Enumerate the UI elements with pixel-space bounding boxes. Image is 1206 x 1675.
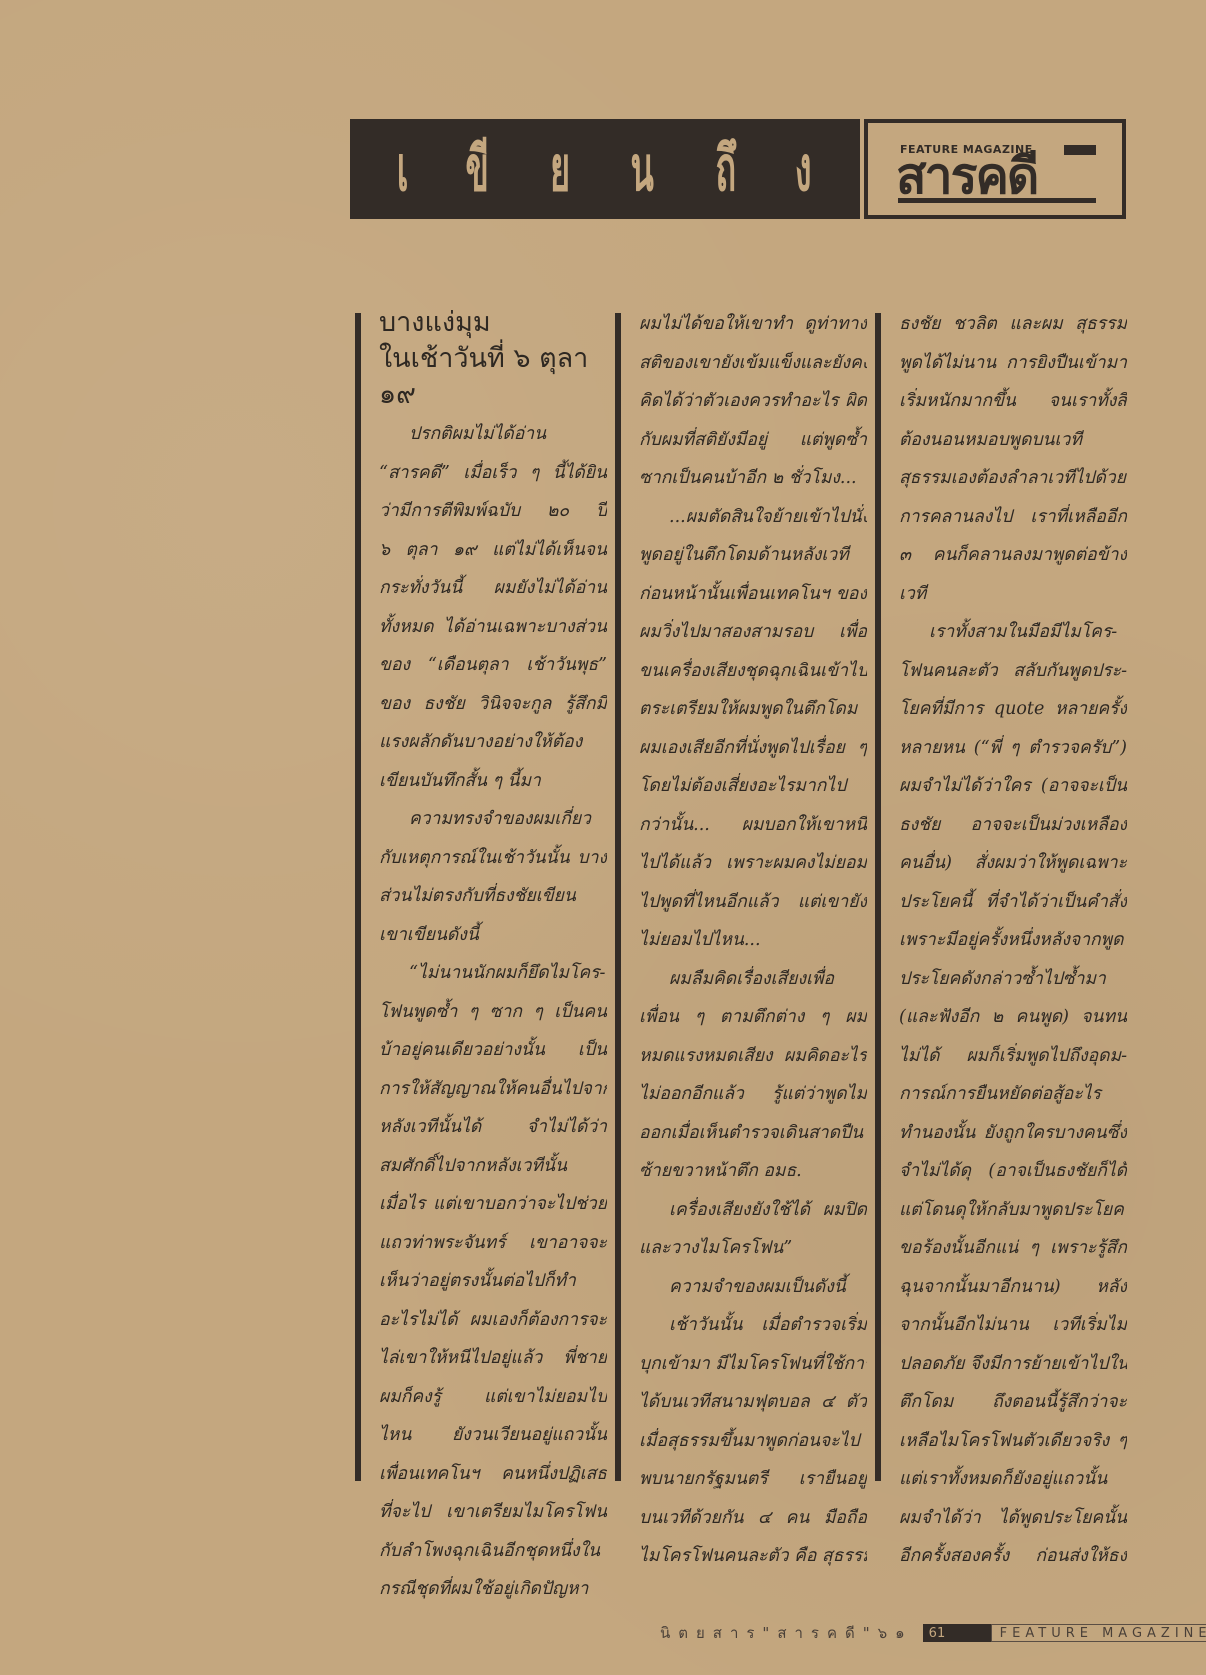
text-line: ธงชัย อาจจะเป็นม่วงเหลือง xyxy=(899,806,1127,845)
text-line: ไปได้แล้ว เพราะผมคงไม่ยอม xyxy=(639,844,867,883)
text-line: โยคที่มีการ quote หลายครั้ง xyxy=(899,690,1127,729)
text-line: ปรกติผมไม่ได้อ่าน xyxy=(379,415,607,454)
section-title-letter: ถึ xyxy=(716,138,737,200)
text-line: “สารคดี” เมื่อเร็ว ๆ นี้ได้ยิน xyxy=(379,454,607,493)
text-line: ผมจำได้ว่า ได้พูดประโยคนั้น xyxy=(899,1499,1127,1538)
text-line: ผมจำไม่ได้ว่าใคร (อาจจะเป็น xyxy=(899,767,1127,806)
text-line: คนอื่น) สั่งผมว่าให้พูดเฉพาะ xyxy=(899,844,1127,883)
text-line: เขียนบันทึกสั้น ๆ นี้มา xyxy=(379,762,607,801)
text-line: การณ์การยืนหยัดต่อสู้อะไร xyxy=(899,1075,1127,1114)
text-line: ธงชัย ชวลิต และผม สุธรรม xyxy=(899,305,1127,344)
text-line: หลังเวทีนั้นได้ จำไม่ได้ว่า xyxy=(379,1108,607,1147)
text-line: ตึกโดม ถึงตอนนี้รู้สึกว่าจะ xyxy=(899,1383,1127,1422)
text-line: จากนั้นอีกไม่นาน เวทีเริ่มไม่ xyxy=(899,1306,1127,1345)
magazine-logo: FEATURE MAGAZINE สารคดี xyxy=(864,119,1126,219)
text-line: สติของเขายังเข้มแข็งและยังคง xyxy=(639,344,867,383)
headline-line-1: บางแง่มุม xyxy=(379,305,607,341)
text-line: เพราะมีอยู่ครั้งหนึ่งหลังจากพูด xyxy=(899,921,1127,960)
section-title-letter: เ xyxy=(396,138,408,200)
text-line: เช้าวันนั้น เมื่อตำรวจเริ่ม xyxy=(639,1306,867,1345)
text-line: เพื่อนเทคโนฯ คนหนึ่งปฏิเสธ xyxy=(379,1455,607,1494)
text-line: ว่ามีการตีพิมพ์ฉบับ ๒๐ ปี xyxy=(379,492,607,531)
text-line: ๖ ตุลา ๑๙ แต่ไม่ได้เห็นจน xyxy=(379,531,607,570)
text-line: ไม่ยอมไปไหน... xyxy=(639,921,867,960)
text-line: ไหน ยังวนเวียนอยู่แถวนั้น xyxy=(379,1416,607,1455)
masthead: เ ขี ย น ถึ ง FEATURE MAGAZINE สารคดี xyxy=(350,119,1126,219)
text-line: ทั้งหมด ได้อ่านเฉพาะบางส่วน xyxy=(379,608,607,647)
column-rule xyxy=(355,313,361,1481)
text-line: ขนเครื่องเสียงชุดฉุกเฉินเข้าไป xyxy=(639,652,867,691)
article-column-1: บางแง่มุม ในเช้าวันที่ ๖ ตุลา ๑๙ ปรกติผม… xyxy=(355,305,615,1609)
section-title-banner: เ ขี ย น ถึ ง xyxy=(350,119,860,219)
text-line: เหลือไมโครโฟนตัวเดียวจริง ๆ xyxy=(899,1422,1127,1461)
text-line: ไม่ออกอีกแล้ว รู้แต่ว่าพูดไม่ xyxy=(639,1075,867,1114)
text-line: อีกครั้งสองครั้ง ก่อนส่งให้ธง xyxy=(899,1537,1127,1576)
section-title-letter: ย xyxy=(550,138,570,200)
text-line: ...ผมตัดสินใจย้ายเข้าไปนั่ง xyxy=(639,498,867,537)
text-line: เพื่อน ๆ ตามตึกต่าง ๆ ผม xyxy=(639,998,867,1037)
column-rule xyxy=(615,313,621,1481)
text-line: บุกเข้ามา มีไมโครโฟนที่ใช้การ xyxy=(639,1345,867,1384)
text-line: ส่วนไม่ตรงกับที่ธงชัยเขียน xyxy=(379,877,607,916)
article-headline: บางแง่มุม ในเช้าวันที่ ๖ ตุลา ๑๙ xyxy=(379,305,607,413)
text-line: การคลานลงไป เราที่เหลืออีก xyxy=(899,498,1127,537)
text-line: การให้สัญญาณให้คนอื่นไปจาก xyxy=(379,1070,607,1109)
page-number: 61 xyxy=(923,1624,991,1642)
logo-wordmark: สารคดี xyxy=(896,151,1037,201)
headline-line-2: ในเช้าวันที่ ๖ ตุลา ๑๙ xyxy=(379,341,607,413)
article-column-2: ผมไม่ได้ขอให้เขาทำ ดูท่าทางสติของเขายังเ… xyxy=(615,305,875,1609)
text-line: ฉุนจากนั้นมาอีกนาน) หลัง xyxy=(899,1268,1127,1307)
text-line: ทำนองนั้น ยังถูกใครบางคนซึ่ง xyxy=(899,1114,1127,1153)
text-line: กรณีชุดที่ผมใช้อยู่เกิดปัญหา xyxy=(379,1570,607,1609)
text-line: กับเหตุการณ์ในเช้าวันนั้น บาง xyxy=(379,839,607,878)
text-line: แต่โดนดุให้กลับมาพูดประโยค xyxy=(899,1191,1127,1230)
text-line: (และฟังอีก ๒ คนพูด) จนทน xyxy=(899,998,1127,1037)
text-line: และวางไมโครโฟน” xyxy=(639,1229,867,1268)
text-line: โฟนพูดซ้ำ ๆ ซาก ๆ เป็นคน xyxy=(379,993,607,1032)
text-line: ความทรงจำของผมเกี่ยว xyxy=(379,800,607,839)
text-line: เราทั้งสามในมือมีไมโคร- xyxy=(899,613,1127,652)
text-line: ผมไม่ได้ขอให้เขาทำ ดูท่าทาง xyxy=(639,305,867,344)
section-title-letter: ง xyxy=(795,138,812,200)
column-text: ปรกติผมไม่ได้อ่าน“สารคดี” เมื่อเร็ว ๆ นี… xyxy=(379,415,607,1609)
text-line: คิดได้ว่าตัวเองควรทำอะไร ผิด xyxy=(639,382,867,421)
column-text: ธงชัย ชวลิต และผม สุธรรมพูดได้ไม่นาน การ… xyxy=(899,305,1127,1576)
text-line: ไปพูดที่ไหนอีกแล้ว แต่เขายัง xyxy=(639,883,867,922)
text-line: แต่เราทั้งหมดก็ยังอยู่แถวนั้น xyxy=(899,1460,1127,1499)
text-line: ซากเป็นคนบ้าอีก ๒ ชั่วโมง... xyxy=(639,459,867,498)
text-line: ความจำของผมเป็นดังนี้ xyxy=(639,1268,867,1307)
text-line: ขอร้องนั้นอีกแน่ ๆ เพราะรู้สึก xyxy=(899,1229,1127,1268)
text-line: อะไรไม่ได้ ผมเองก็ต้องการจะ xyxy=(379,1301,607,1340)
text-line: โฟนคนละตัว สลับกันพูดประ- xyxy=(899,652,1127,691)
text-line: แถวท่าพระจันทร์ เขาอาจจะ xyxy=(379,1224,607,1263)
text-line: สมศักดิ์ไปจากหลังเวทีนั้น xyxy=(379,1147,607,1186)
text-line: กว่านั้น... ผมบอกให้เขาหนี xyxy=(639,806,867,845)
column-text: ผมไม่ได้ขอให้เขาทำ ดูท่าทางสติของเขายังเ… xyxy=(639,305,867,1576)
text-line: เห็นว่าอยู่ตรงนั้นต่อไปก็ทำ xyxy=(379,1262,607,1301)
section-title-letter: ขี xyxy=(466,138,489,200)
text-line: ประโยคนี้ ที่จำได้ว่าเป็นคำสั่ง xyxy=(899,883,1127,922)
text-line: เมื่อสุธรรมขึ้นมาพูดก่อนจะไป xyxy=(639,1422,867,1461)
text-line: สุธรรมเองต้องลำลาเวทีไปด้วย xyxy=(899,459,1127,498)
text-line: เริ่มหนักมากขึ้น จนเราทั้งสี่ xyxy=(899,382,1127,421)
logo-bar-decoration xyxy=(1064,145,1096,155)
text-line: ผมวิ่งไปมาสองสามรอบ เพื่อ xyxy=(639,613,867,652)
text-line: ที่จะไป เขาเตรียมไมโครโฟน xyxy=(379,1493,607,1532)
text-line: ไมโครโฟนคนละตัว คือ สุธรรม xyxy=(639,1537,867,1576)
text-line: ประโยคดังกล่าวซ้ำไปซ้ำมา xyxy=(899,960,1127,999)
text-line: ไล่เขาให้หนีไปอยู่แล้ว พี่ชาย xyxy=(379,1339,607,1378)
text-line: เมื่อไร แต่เขาบอกว่าจะไปช่วย xyxy=(379,1185,607,1224)
text-line: ของ ธงชัย วินิจจะกูล รู้สึกมี xyxy=(379,685,607,724)
text-line: ออกเมื่อเห็นตำรวจเดินสาดปืน xyxy=(639,1114,867,1153)
footer-magazine-name: นิตยสาร"สารคดี"๖๑ xyxy=(660,1621,913,1645)
text-line: โดยไม่ต้องเสี่ยงอะไรมากไป xyxy=(639,767,867,806)
text-line: ตระเตรียมให้ผมพูดในตึกโดม xyxy=(639,690,867,729)
text-line: กับผมที่สติยังมีอยู่ แต่พูดซ้ำ xyxy=(639,421,867,460)
text-line: ไม่ได้ ผมก็เริ่มพูดไปถึงอุดม- xyxy=(899,1037,1127,1076)
article-body: บางแง่มุม ในเช้าวันที่ ๖ ตุลา ๑๙ ปรกติผม… xyxy=(355,305,1135,1609)
text-line: จำไม่ได้ดุ (อาจเป็นธงชัยก็ได้ xyxy=(899,1152,1127,1191)
text-line: พูดได้ไม่นาน การยิงปืนเข้ามา xyxy=(899,344,1127,383)
text-line: พบนายกรัฐมนตรี เรายืนอยู่ xyxy=(639,1460,867,1499)
logo-underline-decoration xyxy=(898,198,1096,203)
footer-feature-label: FEATURE MAGAZINE xyxy=(991,1624,1206,1642)
text-line: แรงผลักดันบางอย่างให้ต้อง xyxy=(379,723,607,762)
text-line: กระทั่งวันนี้ ผมยังไม่ได้อ่าน xyxy=(379,569,607,608)
column-rule xyxy=(875,313,881,1481)
text-line: บนเวทีด้วยกัน ๔ คน มือถือ xyxy=(639,1499,867,1538)
page-footer: นิตยสาร"สารคดี"๖๑ 61 FEATURE MAGAZINE xyxy=(660,1622,1206,1644)
text-line: ต้องนอนหมอบพูดบนเวที xyxy=(899,421,1127,460)
article-column-3: ธงชัย ชวลิต และผม สุธรรมพูดได้ไม่นาน การ… xyxy=(875,305,1135,1609)
text-line: เวที xyxy=(899,575,1127,614)
text-line: ซ้ายขวาหน้าตึก อมธ. xyxy=(639,1152,867,1191)
text-line: ผมเองเสียอีกที่นั่งพูดไปเรื่อย ๆ xyxy=(639,729,867,768)
text-line: กับลำโพงฉุกเฉินอีกชุดหนึ่งใน xyxy=(379,1532,607,1571)
text-line: ปลอดภัย จึงมีการย้ายเข้าไปใน xyxy=(899,1345,1127,1384)
text-line: “ไม่นานนักผมก็ยึดไมโคร- xyxy=(379,954,607,993)
text-line: ได้บนเวทีสนามฟุตบอล ๔ ตัว xyxy=(639,1383,867,1422)
text-line: ผมลืมคิดเรื่องเสียงเพื่อ xyxy=(639,960,867,999)
text-line: หมดแรงหมดเสียง ผมคิดอะไร xyxy=(639,1037,867,1076)
text-line: ของ “เดือนตุลา เช้าวันพุธ” xyxy=(379,646,607,685)
text-line: เครื่องเสียงยังใช้ได้ ผมปิด xyxy=(639,1191,867,1230)
text-line: พูดอยู่ในตึกโดมด้านหลังเวที xyxy=(639,536,867,575)
text-line: ๓ คนก็คลานลงมาพูดต่อข้าง xyxy=(899,536,1127,575)
text-line: เขาเขียนดังนี้ xyxy=(379,916,607,955)
text-line: บ้าอยู่คนเดียวอย่างนั้น เป็น xyxy=(379,1031,607,1070)
section-title-letter: น xyxy=(631,138,654,200)
text-line: หลายหน (“พี่ ๆ ตำรวจครับ”) xyxy=(899,729,1127,768)
text-line: ผมก็คงรู้ แต่เขาไม่ยอมไป xyxy=(379,1378,607,1417)
text-line: ก่อนหน้านั้นเพื่อนเทคโนฯ ของ xyxy=(639,575,867,614)
